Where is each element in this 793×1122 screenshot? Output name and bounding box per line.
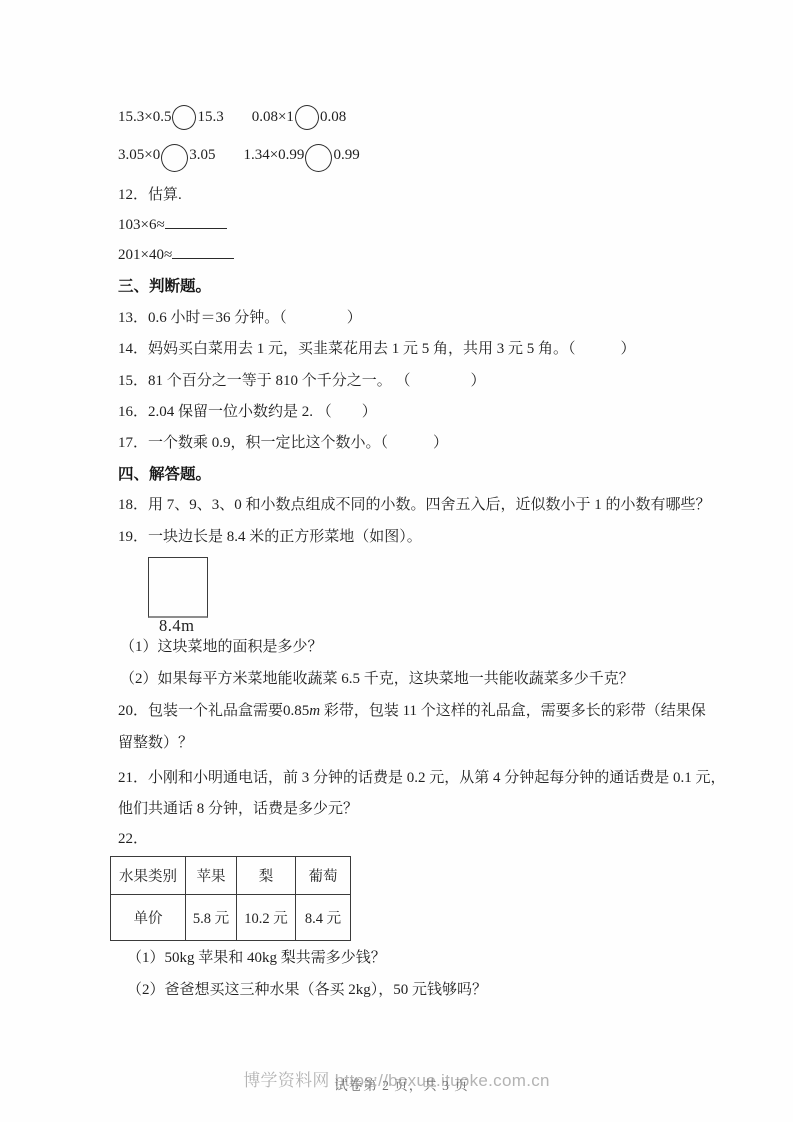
- q12-label: 12．估算.: [118, 185, 182, 206]
- q20-line1: 20．包装一个礼品盒需要0.85m 彩带，包装 11 个这样的礼品盒，需要多长的…: [118, 701, 706, 722]
- q22-sub1: （1）50kg 苹果和 40kg 梨共需多少钱？: [127, 948, 386, 969]
- q19-sub2: （2）如果每平方米菜地能收蔬菜 6.5 千克，这块菜地一共能收蔬菜多少千克？: [120, 669, 634, 690]
- table-header-row: 水果类别 苹果 梨 葡萄: [111, 857, 351, 895]
- square-side-label: 8.4m: [159, 615, 194, 636]
- comparison-right-value: 0.99: [333, 147, 359, 164]
- comparison-row-1: 15.3×0.5 15.3 0.08×1 0.08: [118, 102, 346, 132]
- square-figure: [148, 557, 208, 618]
- table-cell-grape-price: 8.4 元: [296, 895, 351, 941]
- comparison-left-expression: 3.05×0: [118, 147, 160, 164]
- judge-item-14: 14．妈妈买白菜用去 1 元，买韭菜花用去 1 元 5 角，共用 3 元 5 角…: [118, 339, 636, 360]
- table-header-apple: 苹果: [186, 857, 237, 895]
- estimation-expression-2: 201×40≈: [118, 247, 172, 263]
- table-header-grape: 葡萄: [296, 857, 351, 895]
- q22-number: 22．: [118, 829, 148, 850]
- table-cell-price-label: 单价: [111, 895, 186, 941]
- comparison-right-value: 3.05: [189, 147, 215, 164]
- q19-sub1: （1）这块菜地的面积是多少？: [120, 637, 323, 658]
- comparison-circle: [295, 105, 319, 130]
- fruit-price-table: 水果类别 苹果 梨 葡萄 单价 5.8 元 10.2 元 8.4 元: [110, 856, 351, 941]
- table-data-row: 单价 5.8 元 10.2 元 8.4 元: [111, 895, 351, 941]
- q20-line2: 留整数）？: [118, 733, 193, 754]
- judge-item-17: 17．一个数乘 0.9，积一定比这个数小。（ ）: [118, 433, 448, 454]
- meter-unit-italic: m: [309, 703, 320, 719]
- table-cell-pear-price: 10.2 元: [237, 895, 296, 941]
- comparison-right-value: 0.08: [320, 109, 346, 126]
- section-answer-title: 四、解答题。: [118, 464, 211, 485]
- comparison-left-expression: 0.08×1: [252, 109, 294, 126]
- estimation-expression-1: 103×6≈: [118, 217, 165, 233]
- answer-blank-1: [165, 215, 227, 229]
- judge-item-15: 15．81 个百分之一等于 810 个千分之一。 （ ）: [118, 371, 486, 392]
- q19-text: 19．一块边长是 8.4 米的正方形菜地（如图）。: [118, 527, 422, 548]
- q20-text-pre: 20．包装一个礼品盒需要0.85: [118, 703, 309, 719]
- q18-text: 18．用 7、9、3、0 和小数点组成不同的小数。四舍五入后，近似数小于 1 的…: [118, 495, 711, 516]
- comparison-circle: [172, 105, 196, 130]
- judge-item-16: 16．2.04 保留一位小数约是 2. （ ）: [118, 402, 377, 423]
- page-number: 试卷第 2 页，共 3 页: [10, 1074, 793, 1094]
- comparison-left-expression: 1.34×0.99: [243, 147, 304, 164]
- comparison-left-expression: 15.3×0.5: [118, 109, 171, 126]
- estimation-line-2: 201×40≈: [118, 245, 234, 266]
- estimation-line-1: 103×6≈: [118, 215, 227, 236]
- table-cell-apple-price: 5.8 元: [186, 895, 237, 941]
- comparison-right-value: 15.3: [197, 109, 223, 126]
- comparison-row-2: 3.05×0 3.05 1.34×0.99 0.99: [118, 140, 360, 170]
- q22-sub2: （2）爸爸想买这三种水果（各买 2kg），50 元钱够吗？: [127, 980, 487, 1001]
- comparison-circle: [161, 144, 188, 172]
- q20-text-post: 彩带，包装 11 个这样的礼品盒，需要多长的彩带（结果保: [320, 703, 706, 719]
- q21-line1: 21．小刚和小明通电话，前 3 分钟的话费是 0.2 元，从第 4 分钟起每分钟…: [118, 768, 726, 789]
- judge-item-13: 13．0.6 小时＝36 分钟。（ ）: [118, 308, 362, 329]
- answer-blank-2: [172, 245, 234, 259]
- q21-line2: 他们共通话 8 分钟，话费是多少元？: [118, 799, 358, 820]
- exam-page: 15.3×0.5 15.3 0.08×1 0.08 3.05×0 3.05 1.…: [0, 0, 793, 1122]
- table-header-category: 水果类别: [111, 857, 186, 895]
- table-header-pear: 梨: [237, 857, 296, 895]
- section-judge-title: 三、判断题。: [118, 276, 211, 297]
- comparison-circle: [305, 144, 332, 172]
